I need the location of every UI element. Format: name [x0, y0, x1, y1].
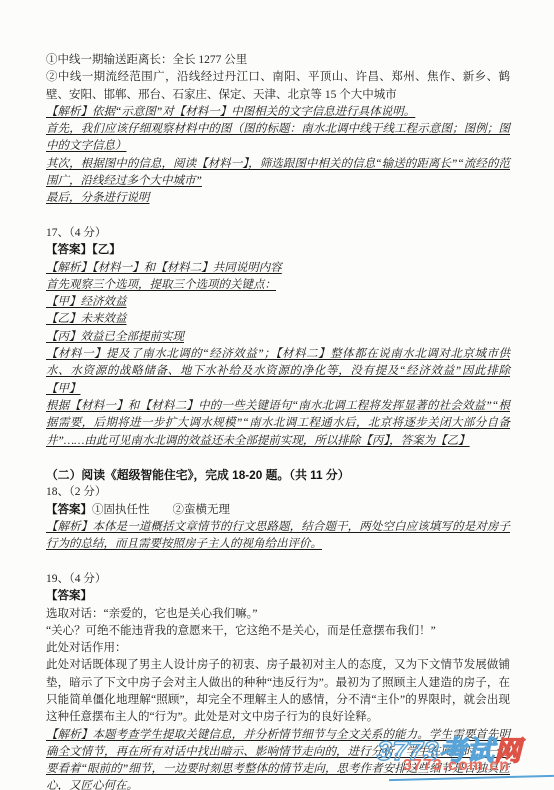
answer-label: 【答案】: [46, 504, 92, 516]
q19-selected-dialogue-1: 选取对话：“亲爱的，它也是关心我们嘛。”: [46, 606, 510, 623]
analysis-q17-reason-2: 根据【材料一】和【材料二】中的一些关键语句“南水北调工程将发挥显著的社会效益”“…: [46, 398, 510, 450]
spacer: [46, 554, 510, 571]
answer-key-content: ①中线一期输送距离长：全长 1277 公里 ②中线一期流经范围广，沿线经过丹江口…: [46, 52, 510, 790]
analysis-q18: 【解析】本体是一道概括文章情节的行文思路题，结合题干，两处空白应该填写的是对房子…: [46, 519, 510, 554]
answer-label: 【答案】【乙】: [46, 244, 121, 256]
analysis-q17-options-intro: 首先观察三个选项，提取三个选项的关键点：: [46, 277, 510, 294]
analysis-q16-intro: 【解析】依据“示意图”对【材料一】中图相关的文字信息进行具体说明。: [46, 104, 510, 121]
analysis-q17-option-bing: 【丙】效益已全部提前实现: [46, 329, 510, 346]
analysis-q16-step3: 最后，分条进行说明: [46, 190, 510, 207]
spacer: [46, 450, 510, 467]
question-19-number: 19、（4 分）: [46, 571, 510, 588]
analysis-q16-step2: 其次，根据图中的信息，阅读【材料一】，筛选跟图中相关的信息“输送的距离长”“流经…: [46, 156, 510, 191]
spacer: [46, 208, 510, 225]
material-point-2: ②中线一期流经范围广，沿线经过丹江口、南阳、平顶山、许昌、郑州、焦作、新乡、鹤壁…: [46, 69, 510, 104]
answer-text: ①固执任性 ②蛮横无理: [92, 504, 230, 516]
analysis-q17-option-jia: 【甲】经济效益: [46, 294, 510, 311]
question-19-answer-label: 【答案】: [46, 588, 510, 605]
analysis-q17-reason-1: 【材料一】提及了南水北调的“经济效益”；【材料二】整体都在说南水北调对北京城市供…: [46, 346, 510, 398]
question-18-number: 18、（2 分）: [46, 484, 510, 501]
question-17-number: 17、（4 分）: [46, 225, 510, 242]
analysis-q16-step1: 首先，我们应该仔细观察材料中的图（图的标题：南水北调中线干线工程示意图；图例；图…: [46, 121, 510, 156]
q19-dialogue-role-explanation: 此处对话既体现了男主人设计房子的初衷、房子最初对主人的态度，又为下文情节发展做铺…: [46, 657, 510, 726]
answer-label: 【答案】: [46, 590, 92, 602]
section-2-heading: （二）阅读《超级智能住宅》，完成 18-20 题。（共 11 分）: [46, 467, 510, 484]
q19-dialogue-role-label: 此处对话作用：: [46, 640, 510, 657]
analysis-q17-intro: 【解析】【材料一】和【材料二】共同说明内容: [46, 260, 510, 277]
question-18-answer: 【答案】①固执任性 ②蛮横无理: [46, 502, 510, 519]
q19-selected-dialogue-2: “关心？可绝不能违背我的意愿来干，它这绝不是关心，而是任意摆布我们！”: [46, 623, 510, 640]
watermark-url: 3773.com.cn: [403, 757, 510, 775]
analysis-q17-option-yi: 【乙】未来效益: [46, 311, 510, 328]
question-17-answer: 【答案】【乙】: [46, 242, 510, 259]
scanned-answer-key-page: ①中线一期输送距离长：全长 1277 公里 ②中线一期流经范围广，沿线经过丹江口…: [0, 0, 554, 790]
material-point-1: ①中线一期输送距离长：全长 1277 公里: [46, 52, 510, 69]
